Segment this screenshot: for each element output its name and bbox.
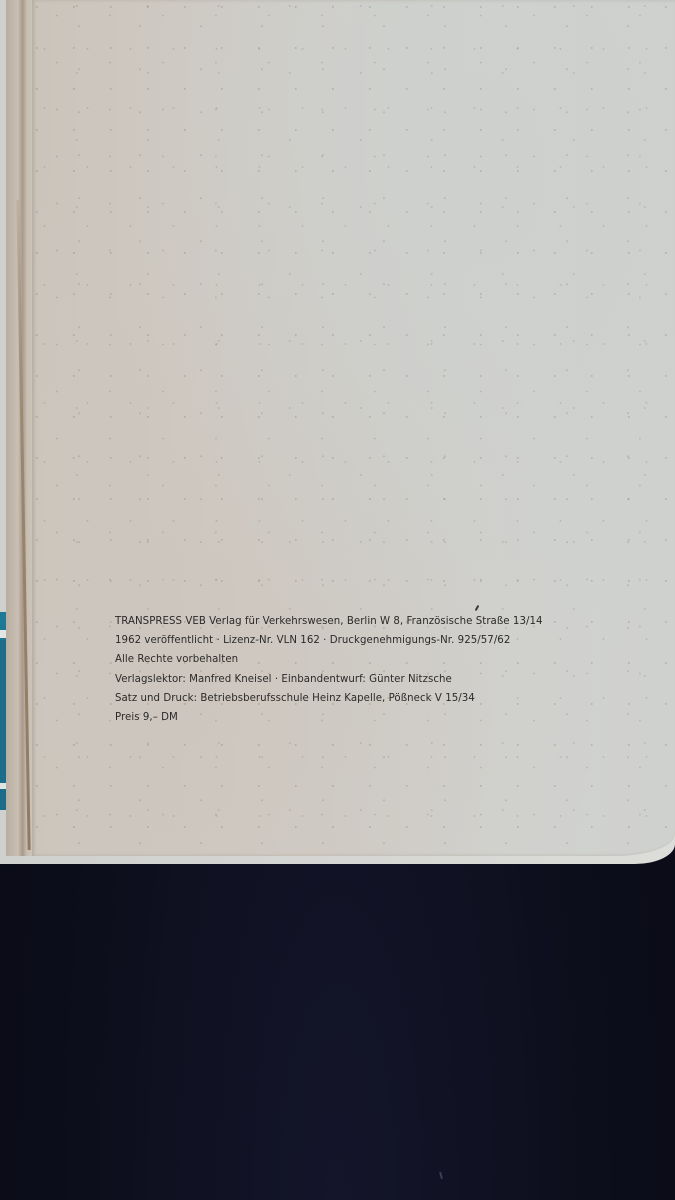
imprint-publisher: TRANSPRESS VEB Verlag für Verkehrswesen,… (115, 612, 543, 631)
paper-texture (32, 0, 675, 856)
imprint-block: TRANSPRESS VEB Verlag für Verkehrswesen,… (115, 612, 543, 727)
book-page: TRANSPRESS VEB Verlag für Verkehrswesen,… (32, 0, 675, 856)
photo-scene: TRANSPRESS VEB Verlag für Verkehrswesen,… (0, 0, 675, 1200)
pencil-mark (475, 605, 480, 611)
imprint-rights: Alle Rechte vorbehalten (115, 650, 543, 669)
imprint-price: Preis 9,– DM (115, 708, 543, 727)
imprint-editors: Verlagslektor: Manfred Kneisel · Einband… (115, 670, 543, 689)
imprint-license: 1962 veröffentlicht · Lizenz-Nr. VLN 162… (115, 631, 543, 650)
imprint-printer: Satz und Druck: Betriebsberufsschule Hei… (115, 689, 543, 708)
